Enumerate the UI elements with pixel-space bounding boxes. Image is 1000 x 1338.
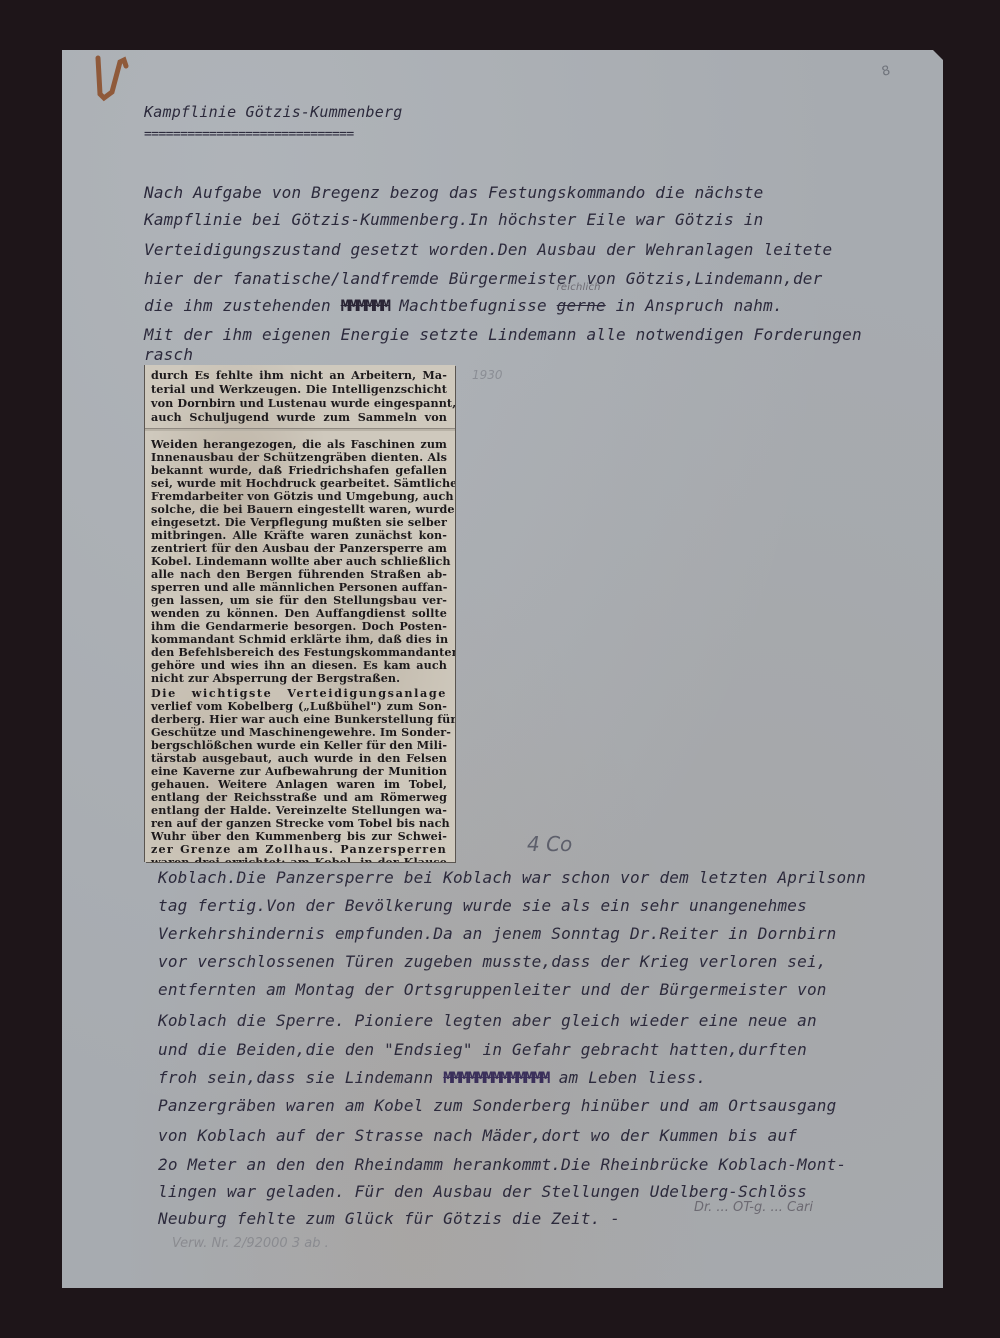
clipping-line: wenden zu können. Den Auffangdienst soll… <box>151 606 447 620</box>
text-segment: in Anspruch nahm. <box>606 296 783 315</box>
clipping-line: entlang der Halde. Vereinzelte Stellunge… <box>151 803 447 817</box>
text-line: Nach Aufgabe von Bregenz bezog das Festu… <box>144 183 763 202</box>
page-number-mark: 8 <box>880 63 892 80</box>
clipping-line: ihm die Gendarmerie besorgen. Doch Poste… <box>151 619 447 633</box>
rust-stain-mark-icon <box>90 54 130 104</box>
clipping-line: gehöre und wies ihn an diesen. Es kam au… <box>151 658 447 672</box>
clipping-line: Wuhr über den Kummenberg bis zur Schwei- <box>151 829 447 843</box>
clipping-line: waren drei errichtet: am Kobel, in der K… <box>151 855 447 862</box>
text-line: und die Beiden,die den "Endsieg" in Gefa… <box>158 1040 807 1059</box>
clipping-line: von Dornbirn und Lustenau wurde eingespa… <box>151 396 447 410</box>
clipping-line: Kobel. Lindemann wollte aber auch schlie… <box>151 554 447 568</box>
clipping-line: ren auf der ganzen Strecke vom Tobel bis… <box>151 816 447 830</box>
text-line: lingen war geladen. Für den Ausbau der S… <box>158 1182 807 1201</box>
newspaper-clipping: durch Es fehlte ihm nicht an Arbeitern, … <box>145 365 455 862</box>
text-line: 2o Meter an den den Rheindamm herankommt… <box>158 1155 846 1174</box>
text-line: tag fertig.Von der Bevölkerung wurde sie… <box>158 896 807 915</box>
text-line: hier der fanatische/landfremde Bürgermei… <box>144 269 822 288</box>
text-line: rasch <box>144 345 193 364</box>
clipping-line: Innenausbau der Schützengräben dienten. … <box>151 450 447 464</box>
text-segment: Machtbefugnisse <box>389 296 556 315</box>
clipping-seam <box>145 428 455 431</box>
clipping-line: kommandant Schmid erklärte ihm, daß dies… <box>151 632 447 646</box>
clipping-line: nicht zur Absperrung der Bergstraßen. <box>151 671 447 685</box>
clipping-line: sperren und alle männlichen Personen auf… <box>151 580 447 594</box>
text-line: Panzergräben waren am Kobel zum Sonderbe… <box>158 1096 836 1115</box>
clipping-line: eingesetzt. Die Verpflegung mußten sie s… <box>151 515 447 529</box>
pencil-archive-note: Verw. Nr. 2/92000 3 ab . <box>172 1236 329 1251</box>
text-line: vor verschlossenen Türen zugeben musste,… <box>158 952 827 971</box>
clipping-line: durch Es fehlte ihm nicht an Arbeitern, … <box>151 368 447 382</box>
clipping-line: Weiden herangezogen, die als Faschinen z… <box>151 437 447 451</box>
text-line-with-correction: die ihm zustehenden MMMMMM Machtbefugnis… <box>144 296 783 315</box>
document-title: Kampflinie Götzis-Kummenberg <box>144 103 402 121</box>
clipping-line: gehauen. Weitere Anlagen waren im Tobel, <box>151 777 447 791</box>
text-line-with-strikeout: froh sein,dass sie Lindemann MMMMMMMMMMM… <box>158 1068 706 1087</box>
document-page: 8 Kampflinie Götzis-Kummenberg =========… <box>62 50 943 1288</box>
clipping-line: tärstab ausgebaut, auch wurde in den Fel… <box>151 751 447 765</box>
struck-out-text: MMMMMMMMMMMMM <box>443 1068 549 1087</box>
struck-out-text: MMMMMM <box>341 296 390 315</box>
text-line: Koblach.Die Panzersperre bei Koblach war… <box>158 868 866 887</box>
clipping-line: bergschlößchen wurde ein Keller für den … <box>151 738 447 752</box>
handwritten-insertion: reichlich <box>557 282 601 293</box>
clipping-line: den Befehlsbereich des Festungskommandan… <box>151 645 447 659</box>
clipping-line: zentriert für den Ausbau der Panzersperr… <box>151 541 447 555</box>
text-line: Kampflinie bei Götzis-Kummenberg.In höch… <box>144 210 763 229</box>
handwritten-clipping-note: 4 Co <box>527 832 572 856</box>
title-underline: ============================= <box>144 127 354 142</box>
text-segment: am Leben liess. <box>549 1068 706 1087</box>
clipping-line: zer Grenze am Zollhaus. Panzersperren <box>151 842 447 856</box>
clipping-line: auch Schuljugend wurde zum Sammeln von <box>151 410 447 424</box>
text-segment: froh sein,dass sie Lindemann <box>158 1068 443 1087</box>
struck-out-word: gerne <box>557 296 606 315</box>
clipping-line: gen lassen, um sie für den Stellungsbau … <box>151 593 447 607</box>
text-line: von Koblach auf der Strasse nach Mäder,d… <box>158 1126 797 1145</box>
text-line: Koblach die Sperre. Pioniere legten aber… <box>158 1011 817 1030</box>
clipping-line: terial und Werkzeugen. Die Intelligenzsc… <box>151 382 447 396</box>
pencil-note-top: 1930 <box>472 368 503 382</box>
clipping-line: verlief vom Kobelberg („Lußbühel") zum S… <box>151 699 447 713</box>
clipping-line: eine Kaverne zur Aufbewahrung der Muniti… <box>151 764 447 778</box>
clipping-line: solche, die bei Bauern eingestellt waren… <box>151 502 447 516</box>
clipping-line: Die wichtigste Verteidigungsanlage <box>151 686 447 700</box>
clipping-line: mitbringen. Alle Kräfte waren zunächst k… <box>151 528 447 542</box>
clipping-line: alle nach den Bergen führenden Straßen a… <box>151 567 447 581</box>
text-line: Verkehrshindernis empfunden.Da an jenem … <box>158 924 836 943</box>
pencil-signature: Dr. ... OT-g. ... Cari <box>694 1200 813 1215</box>
clipping-line: sei, wurde mit Hochdruck gearbeitet. Säm… <box>151 476 447 490</box>
text-line: Verteidigungszustand gesetzt worden.Den … <box>144 240 832 259</box>
text-segment: die ihm zustehenden <box>144 296 341 315</box>
clipping-line: entlang der Reichsstraße und am Römerweg <box>151 790 447 804</box>
clipping-line: bekannt wurde, daß Friedrichshafen gefal… <box>151 463 447 477</box>
clipping-line: derberg. Hier war auch eine Bunkerstellu… <box>151 712 447 726</box>
text-line: entfernten am Montag der Ortsgruppenleit… <box>158 980 827 999</box>
clipping-line: Fremdarbeiter von Götzis und Umgebung, a… <box>151 489 447 503</box>
text-line: Neuburg fehlte zum Glück für Götzis die … <box>158 1209 620 1228</box>
text-line: Mit der ihm eigenen Energie setzte Linde… <box>144 325 862 344</box>
page-corner-fold <box>932 49 944 61</box>
clipping-line: Geschütze und Maschinengewehre. Im Sonde… <box>151 725 447 739</box>
